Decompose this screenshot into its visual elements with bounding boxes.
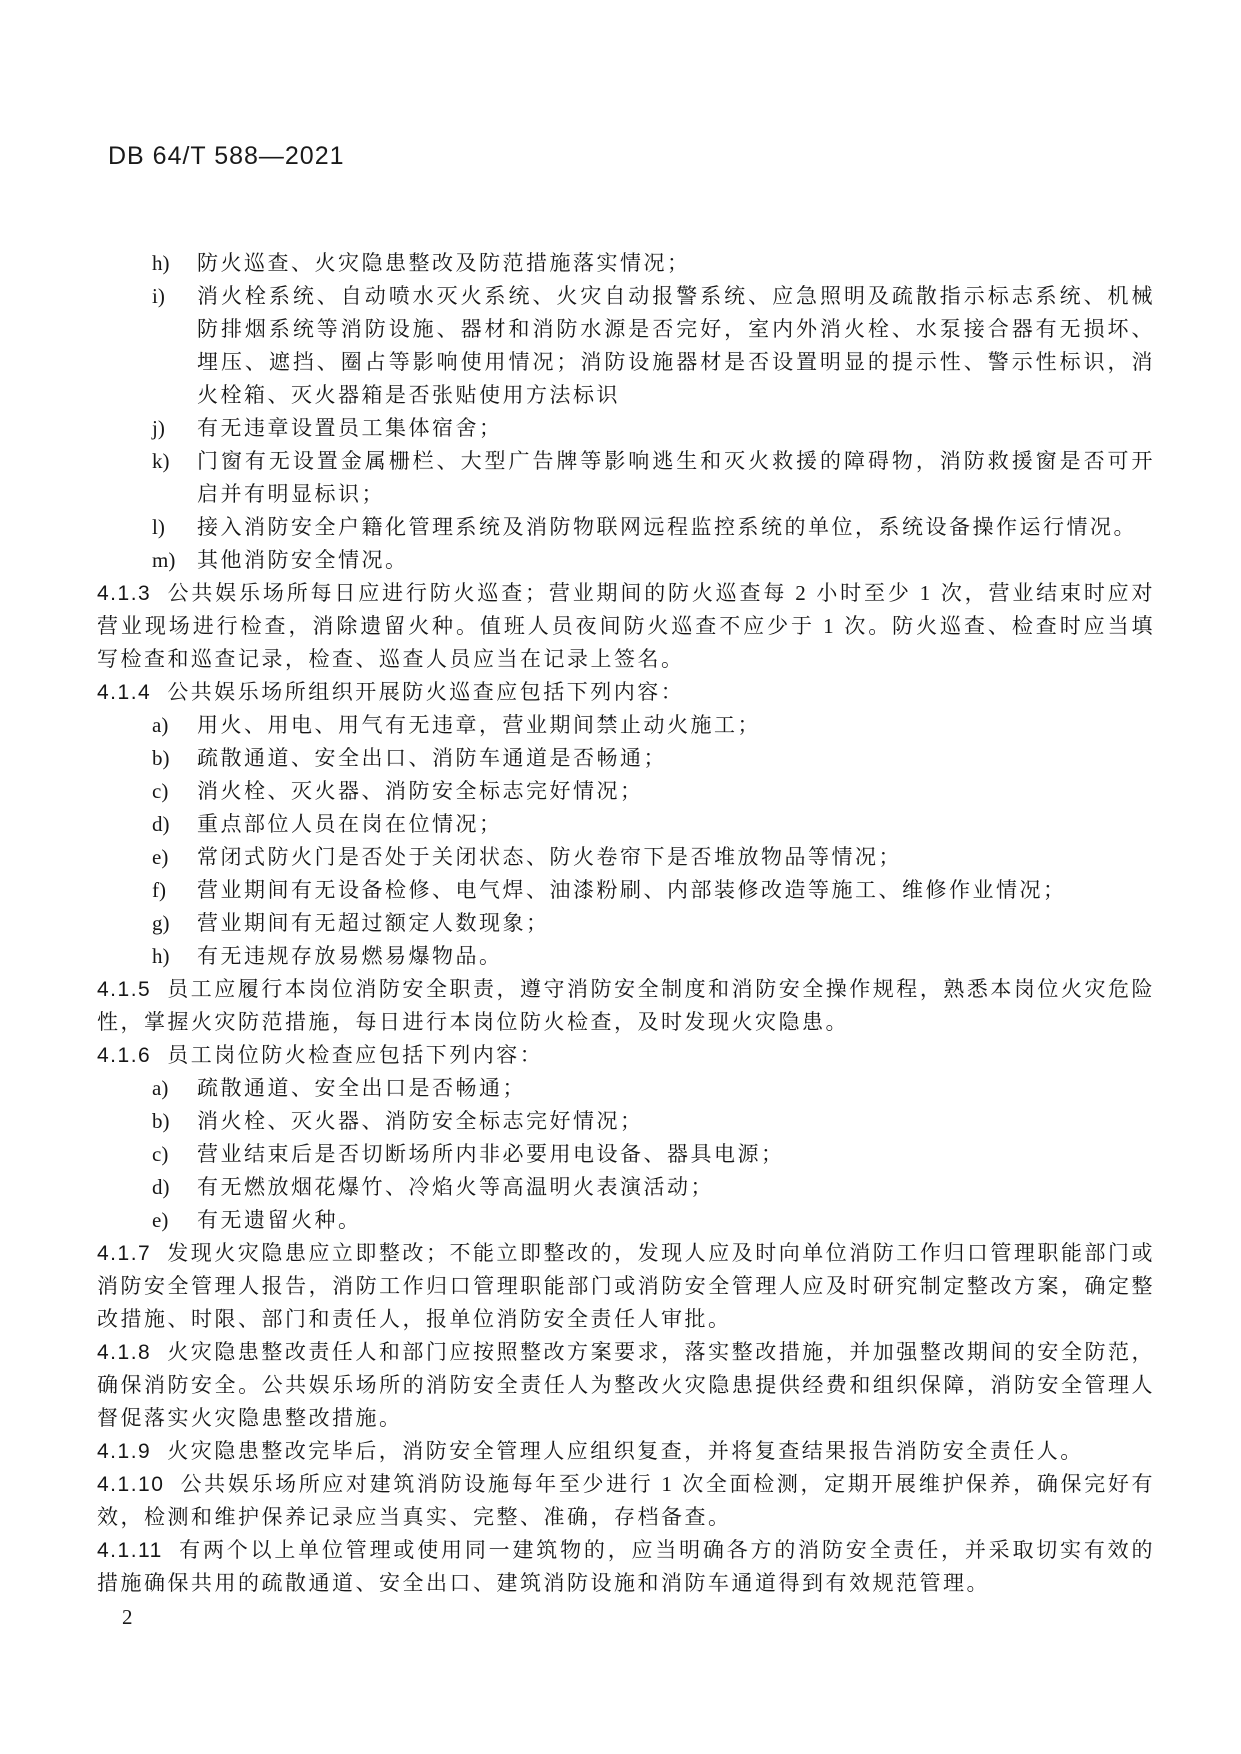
list-item-text: 用火、用电、用气有无违章，营业期间禁止动火施工； xyxy=(197,713,761,737)
list-item-text: 消火栓、灭火器、消防安全标志完好情况； xyxy=(197,1109,644,1133)
document-page: DB 64/T 588—2021 h) 防火巡查、火灾隐患整改及防范措施落实情况… xyxy=(0,0,1241,1754)
list-item-label: a) xyxy=(152,1072,168,1105)
clause-number: 4.1.8 xyxy=(97,1341,151,1364)
clause-paragraph: 4.1.8火灾隐患整改责任人和部门应按照整改方案要求，落实整改措施，并加强整改期… xyxy=(97,1336,1155,1435)
clause-number: 4.1.10 xyxy=(97,1473,164,1496)
list-item-label: c) xyxy=(152,1138,168,1171)
list-item-text: 其他消防安全情况。 xyxy=(197,548,409,572)
clause-text: 公共娱乐场所应对建筑消防设施每年至少进行 1 次全面检测，定期开展维护保养，确保… xyxy=(97,1472,1155,1529)
list-item: c) 营业结束后是否切断场所内非必要用电设备、器具电源； xyxy=(97,1138,1155,1171)
clause-number: 4.1.11 xyxy=(97,1539,163,1562)
list-item: k) 门窗有无设置金属栅栏、大型广告牌等影响逃生和灭火救援的障碍物，消防救援窗是… xyxy=(97,445,1155,511)
list-item-label: h) xyxy=(152,247,170,280)
list-item: b) 疏散通道、安全出口、消防车通道是否畅通； xyxy=(97,742,1155,775)
list-item: a) 用火、用电、用气有无违章，营业期间禁止动火施工； xyxy=(97,709,1155,742)
list-item-text: 防火巡查、火灾隐患整改及防范措施落实情况； xyxy=(197,251,691,275)
list-item: c) 消火栓、灭火器、消防安全标志完好情况； xyxy=(97,775,1155,808)
list-item-text: 有无燃放烟花爆竹、冷焰火等高温明火表演活动； xyxy=(197,1175,714,1199)
list-item: l) 接入消防安全户籍化管理系统及消防物联网远程监控系统的单位，系统设备操作运行… xyxy=(97,511,1155,544)
list-item-label: a) xyxy=(152,709,168,742)
clause-number: 4.1.5 xyxy=(97,978,151,1001)
list-item-text: 消火栓系统、自动喷水灭火系统、火灾自动报警系统、应急照明及疏散指示标志系统、机械… xyxy=(197,284,1155,407)
clause-text: 火灾隐患整改完毕后，消防安全管理人应组织复查，并将复查结果报告消防安全责任人。 xyxy=(167,1439,1084,1463)
clause-text: 员工应履行本岗位消防安全职责，遵守消防安全制度和消防安全操作规程，熟悉本岗位火灾… xyxy=(97,977,1155,1034)
list-item: d) 有无燃放烟花爆竹、冷焰火等高温明火表演活动； xyxy=(97,1171,1155,1204)
list-item-text: 营业期间有无设备检修、电气焊、油漆粉刷、内部装修改造等施工、维修作业情况； xyxy=(197,878,1067,902)
list-item-label: e) xyxy=(152,1204,168,1237)
list-item-label: d) xyxy=(152,808,170,841)
clause-paragraph: 4.1.11有两个以上单位管理或使用同一建筑物的，应当明确各方的消防安全责任，并… xyxy=(97,1534,1155,1600)
clause-number: 4.1.3 xyxy=(97,582,151,605)
clause-paragraph: 4.1.10公共娱乐场所应对建筑消防设施每年至少进行 1 次全面检测，定期开展维… xyxy=(97,1468,1155,1534)
list-item-text: 门窗有无设置金属栅栏、大型广告牌等影响逃生和灭火救援的障碍物，消防救援窗是否可开… xyxy=(197,449,1155,506)
clause-text: 员工岗位防火检查应包括下列内容： xyxy=(167,1043,543,1067)
list-item-label: i) xyxy=(152,280,165,313)
list-item-text: 消火栓、灭火器、消防安全标志完好情况； xyxy=(197,779,644,803)
list-item-label: g) xyxy=(152,907,170,940)
list-item-label: m) xyxy=(152,544,175,577)
list-item: h) 防火巡查、火灾隐患整改及防范措施落实情况； xyxy=(97,247,1155,280)
list-item: i) 消火栓系统、自动喷水灭火系统、火灾自动报警系统、应急照明及疏散指示标志系统… xyxy=(97,280,1155,412)
list-item-text: 疏散通道、安全出口是否畅通； xyxy=(197,1076,526,1100)
list-item-text: 接入消防安全户籍化管理系统及消防物联网远程监控系统的单位，系统设备操作运行情况。 xyxy=(197,515,1137,539)
list-item-text: 有无违章设置员工集体宿舍； xyxy=(197,416,503,440)
list-item-label: h) xyxy=(152,940,170,973)
document-number: DB 64/T 588—2021 xyxy=(108,142,345,171)
list-item: g) 营业期间有无超过额定人数现象； xyxy=(97,907,1155,940)
clause-number: 4.1.9 xyxy=(97,1440,151,1463)
list-item-label: b) xyxy=(152,742,170,775)
list-item-label: l) xyxy=(152,511,165,544)
clause-paragraph: 4.1.9火灾隐患整改完毕后，消防安全管理人应组织复查，并将复查结果报告消防安全… xyxy=(97,1435,1155,1468)
list-item: h) 有无违规存放易燃易爆物品。 xyxy=(97,940,1155,973)
clause-text: 公共娱乐场所每日应进行防火巡查；营业期间的防火巡查每 2 小时至少 1 次，营业… xyxy=(97,581,1155,671)
document-body: h) 防火巡查、火灾隐患整改及防范措施落实情况； i) 消火栓系统、自动喷水灭火… xyxy=(97,247,1155,1600)
list-item-text: 重点部位人员在岗在位情况； xyxy=(197,812,503,836)
list-item: e) 常闭式防火门是否处于关闭状态、防火卷帘下是否堆放物品等情况； xyxy=(97,841,1155,874)
list-item-label: d) xyxy=(152,1171,170,1204)
clause-paragraph: 4.1.7发现火灾隐患应立即整改；不能立即整改的，发现人应及时向单位消防工作归口… xyxy=(97,1237,1155,1336)
clause-text: 有两个以上单位管理或使用同一建筑物的，应当明确各方的消防安全责任，并采取切实有效… xyxy=(97,1538,1155,1595)
page-number: 2 xyxy=(122,1605,133,1630)
list-item-text: 疏散通道、安全出口、消防车通道是否畅通； xyxy=(197,746,667,770)
clause-text: 发现火灾隐患应立即整改；不能立即整改的，发现人应及时向单位消防工作归口管理职能部… xyxy=(97,1241,1155,1331)
list-item: e) 有无遗留火种。 xyxy=(97,1204,1155,1237)
clause-text: 公共娱乐场所组织开展防火巡查应包括下列内容： xyxy=(167,680,684,704)
clause-number: 4.1.7 xyxy=(97,1242,151,1265)
list-item-text: 有无违规存放易燃易爆物品。 xyxy=(197,944,503,968)
list-item: b) 消火栓、灭火器、消防安全标志完好情况； xyxy=(97,1105,1155,1138)
clause-paragraph: 4.1.4公共娱乐场所组织开展防火巡查应包括下列内容： xyxy=(97,676,1155,709)
list-item: m) 其他消防安全情况。 xyxy=(97,544,1155,577)
clause-paragraph: 4.1.5员工应履行本岗位消防安全职责，遵守消防安全制度和消防安全操作规程，熟悉… xyxy=(97,973,1155,1039)
list-item: f) 营业期间有无设备检修、电气焊、油漆粉刷、内部装修改造等施工、维修作业情况； xyxy=(97,874,1155,907)
list-item-label: k) xyxy=(152,445,170,478)
list-item: j) 有无违章设置员工集体宿舍； xyxy=(97,412,1155,445)
list-item-text: 营业结束后是否切断场所内非必要用电设备、器具电源； xyxy=(197,1142,785,1166)
list-item-text: 有无遗留火种。 xyxy=(197,1208,362,1232)
list-item: a) 疏散通道、安全出口是否畅通； xyxy=(97,1072,1155,1105)
clause-number: 4.1.4 xyxy=(97,681,151,704)
list-item-label: j) xyxy=(152,412,165,445)
list-item-text: 常闭式防火门是否处于关闭状态、防火卷帘下是否堆放物品等情况； xyxy=(197,845,902,869)
clause-text: 火灾隐患整改责任人和部门应按照整改方案要求，落实整改措施，并加强整改期间的安全防… xyxy=(97,1340,1155,1430)
list-item-label: c) xyxy=(152,775,168,808)
clause-paragraph: 4.1.3公共娱乐场所每日应进行防火巡查；营业期间的防火巡查每 2 小时至少 1… xyxy=(97,577,1155,676)
list-item-label: f) xyxy=(152,874,166,907)
list-item-text: 营业期间有无超过额定人数现象； xyxy=(197,911,550,935)
clause-number: 4.1.6 xyxy=(97,1044,151,1067)
list-item-label: e) xyxy=(152,841,168,874)
list-item: d) 重点部位人员在岗在位情况； xyxy=(97,808,1155,841)
list-item-label: b) xyxy=(152,1105,170,1138)
clause-paragraph: 4.1.6员工岗位防火检查应包括下列内容： xyxy=(97,1039,1155,1072)
